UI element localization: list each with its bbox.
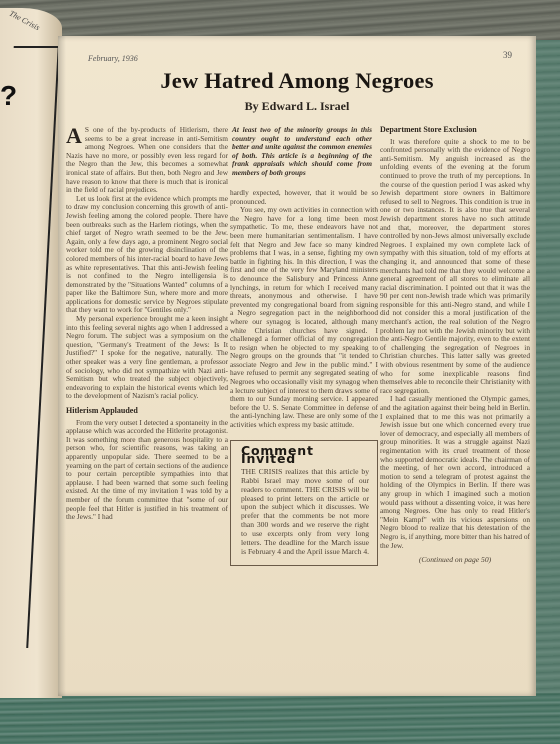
paragraph: AS one of the by-products of Hitlerism, … (66, 126, 228, 195)
paragraph: Let us look first at the evidence which … (66, 195, 228, 315)
wood-table-background-right (535, 40, 560, 700)
paragraph: I had casually mentioned the Olympic gam… (380, 395, 530, 550)
paragraph: It was therefore quite a shock to me to … (380, 138, 530, 396)
column-2: At least two of the minority groups in t… (230, 126, 378, 566)
subhead-hitlerism-applauded: Hitlerism Applauded (66, 407, 228, 416)
page-gutter-shadow (58, 36, 66, 696)
paragraph: You see, my own activities in connection… (230, 206, 378, 429)
page-date: February, 1936 (88, 54, 138, 63)
drop-cap: A (66, 127, 82, 145)
pull-quote: At least two of the minority groups in t… (230, 126, 378, 177)
column-1: AS one of the by-products of Hitlerism, … (66, 126, 228, 522)
wood-table-background-bottom (0, 693, 560, 744)
left-page-running-head: The Crisis (8, 9, 41, 32)
article-title: Jew Hatred Among Negroes (58, 68, 536, 94)
paragraph: From the very outset I detected a sponta… (66, 419, 228, 522)
box-body: THE CRISIS realizes that this article by… (241, 468, 369, 557)
comment-invited-box: Comment Invited THE CRISIS realizes that… (230, 440, 378, 566)
left-facing-page: The Crisis ? (0, 8, 62, 698)
article-byline: By Edward L. Israel (58, 99, 536, 114)
continued-note: (Continued on page 50) (380, 556, 530, 565)
left-page-frame (0, 46, 60, 648)
paragraph: My personal experience brought me a keen… (66, 315, 228, 401)
wood-table-background-top (0, 0, 560, 40)
page-number: 39 (503, 50, 512, 60)
subhead-department-store-exclusion: Department Store Exclusion (380, 126, 530, 135)
magazine-page: February, 1936 39 Jew Hatred Among Negro… (58, 36, 536, 696)
column-3: Department Store Exclusion It was theref… (380, 126, 530, 565)
left-page-glyph: ? (0, 80, 17, 112)
paragraph: hardly expected, however, that it would … (230, 189, 378, 206)
box-title: Comment Invited (241, 447, 369, 464)
